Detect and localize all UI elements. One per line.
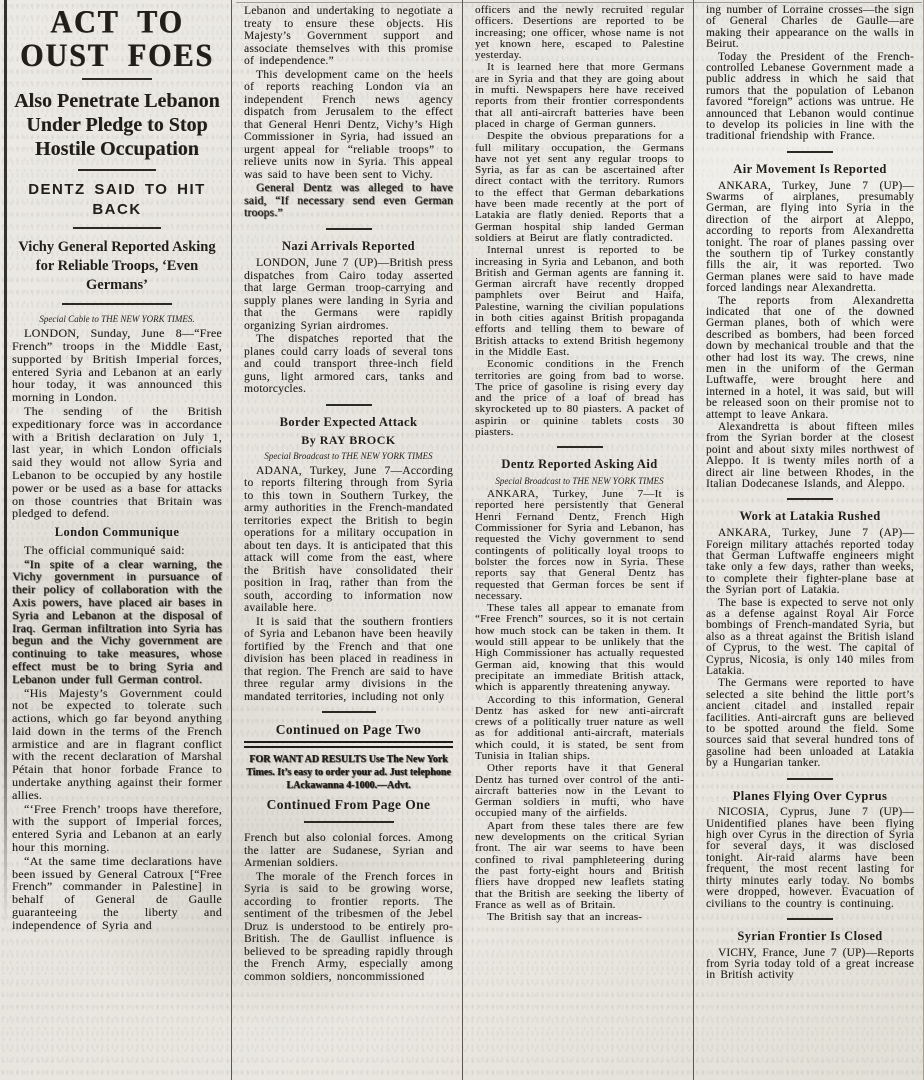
paragraph: “‘Free French’ troops have therefore, wi…: [12, 803, 222, 854]
subhead: London Communique: [12, 525, 222, 541]
subhead: Nazi Arrivals Reported: [244, 239, 453, 255]
column-4: ing number of Lorraine crosses—the sign …: [693, 0, 924, 1080]
paragraph: officers and the newly recruited regular…: [475, 5, 684, 61]
section-rule: [62, 303, 172, 305]
paragraph: LONDON, June 7 (UP)—British press dispat…: [244, 257, 453, 332]
section-rule: [787, 778, 833, 780]
paragraph: It is learned here that more Germans are…: [475, 62, 684, 130]
section-rule: [787, 498, 833, 500]
column-container: ACT TO OUST FOESAlso Penetrate Lebanon U…: [0, 0, 924, 1080]
column-1: ACT TO OUST FOESAlso Penetrate Lebanon U…: [0, 0, 231, 1080]
paragraph: It is said that the southern frontiers o…: [244, 616, 453, 704]
section-rule: [326, 404, 372, 406]
paragraph: The base is expected to serve not only a…: [706, 598, 914, 678]
section-rule: [73, 227, 161, 229]
paragraph: NICOSIA, Cyprus, June 7 (UP)—Unidentifie…: [706, 807, 914, 910]
newspaper-page: ACT TO OUST FOESAlso Penetrate Lebanon U…: [0, 0, 924, 1080]
paragraph: LONDON, Sunday, June 8—“Free French” tro…: [12, 327, 222, 404]
credit: Special Cable to THE NEW YORK TIMES.: [12, 314, 222, 325]
paragraph: General Dentz was alleged to have said, …: [244, 182, 453, 220]
paragraph: Today the President of the French-contro…: [706, 52, 914, 143]
section-rule: [304, 821, 394, 823]
subhead: Planes Flying Over Cyprus: [706, 789, 914, 805]
paragraph: VICHY, France, June 7 (UP)—Reports from …: [706, 948, 914, 982]
section-rule: [244, 741, 453, 748]
column-2: Lebanon and undertaking to negotiate a t…: [231, 0, 462, 1080]
paragraph: The reports from Alexandretta indicated …: [706, 296, 914, 421]
paragraph: Other reports have it that General Dentz…: [475, 763, 684, 819]
paragraph: “In spite of a clear warning, the Vichy …: [12, 558, 222, 686]
bank-headline: DENTZ SAID TO HIT BACK: [12, 180, 222, 219]
section-rule: [322, 711, 376, 713]
paragraph: “At the same time declarations have been…: [12, 855, 222, 932]
paragraph: Lebanon and undertaking to negotiate a t…: [244, 5, 453, 68]
paragraph: ADANA, Turkey, June 7—According to repor…: [244, 465, 453, 615]
paragraph: Economic conditions in the French territ…: [475, 359, 684, 438]
subhead: Air Movement Is Reported: [706, 162, 914, 178]
subhead: Work at Latakia Rushed: [706, 509, 914, 525]
paragraph: ANKARA, Turkey, June 7 (AP)—Foreign mili…: [706, 528, 914, 596]
paragraph: This development came on the heels of re…: [244, 69, 453, 182]
continued: Continued on Page Two: [244, 722, 453, 738]
byline: By RAY BROCK: [244, 433, 453, 448]
ad: FOR WANT AD RESULTS Use The New York Tim…: [245, 753, 452, 792]
section-rule: [787, 151, 833, 153]
subhead: Border Expected Attack: [244, 415, 453, 431]
paragraph: Despite the obvious preparations for a f…: [475, 131, 684, 244]
paragraph: The British say that an increas-: [475, 912, 684, 923]
paragraph: According to this information, General D…: [475, 695, 684, 763]
paragraph: The Germans were reported to have select…: [706, 678, 914, 769]
column-3: officers and the newly recruited regular…: [462, 0, 693, 1080]
subhead: Syrian Frontier Is Closed: [706, 929, 914, 945]
main-headline: ACT TO OUST FOES: [12, 6, 222, 73]
section-rule: [557, 446, 603, 448]
paragraph: The morale of the French forces in Syria…: [244, 871, 453, 984]
section-rule: [326, 228, 372, 230]
paragraph: ANKARA, Turkey, June 7 (UP)—Swarms of ai…: [706, 181, 914, 295]
credit: Special Broadcast to THE NEW YORK TIMES: [475, 476, 684, 487]
paragraph: French but also colonial forces. Among t…: [244, 832, 453, 870]
sub-deck-headline: Vichy General Reported Asking for Reliab…: [12, 238, 222, 295]
paragraph: “His Majesty’s Government could not be e…: [12, 687, 222, 802]
paragraph: Alexandretta is about fifteen miles from…: [706, 422, 914, 490]
paragraph: ing number of Lorraine crosses—the sign …: [706, 5, 914, 51]
subhead: Dentz Reported Asking Aid: [475, 457, 684, 473]
credit: Special Broadcast to THE NEW YORK TIMES: [244, 451, 453, 462]
paragraph: ANKARA, Turkey, June 7—It is reported he…: [475, 489, 684, 602]
paragraph: The official communiqué said:: [12, 544, 222, 557]
paragraph: Internal unrest is reported to be increa…: [475, 245, 684, 358]
paragraph: Apart from these tales there are few new…: [475, 821, 684, 911]
section-rule: [787, 918, 833, 920]
paragraph: These tales all appear to emanate from “…: [475, 603, 684, 693]
section-rule: [78, 169, 156, 171]
deck-headline: Also Penetrate Lebanon Under Pledge to S…: [13, 89, 221, 161]
section-rule: [82, 78, 152, 80]
paragraph: The sending of the British expeditionary…: [12, 405, 222, 520]
continued: Continued From Page One: [244, 797, 453, 813]
paragraph: The dispatches reported that the planes …: [244, 333, 453, 396]
